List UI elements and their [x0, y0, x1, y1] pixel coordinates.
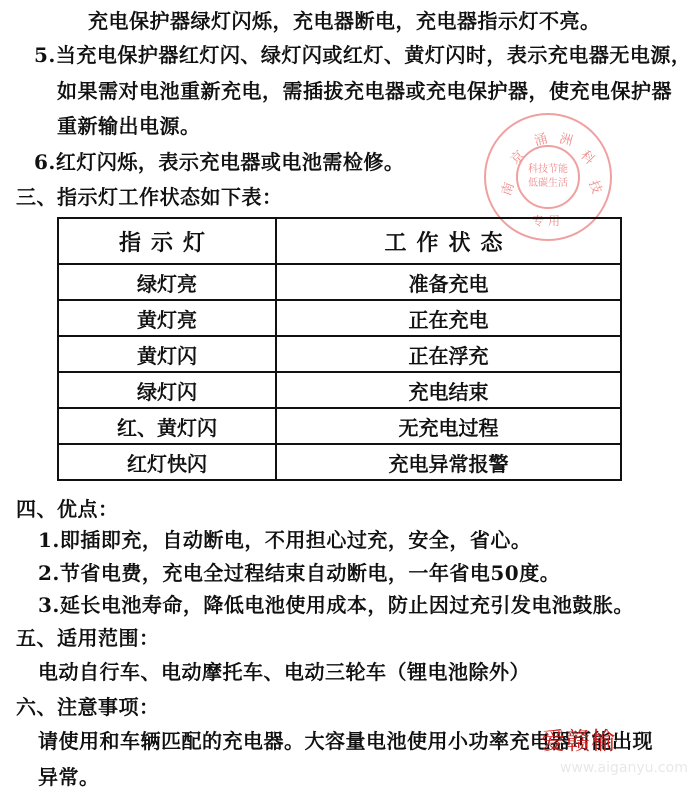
paragraph-line: 如果需对电池重新充电，需插拔充电器或充电保护器，使充电保护器 [57, 78, 672, 104]
advantage-item: 2.节省电费，充电全过程结束自动断电，一年省电50度。 [38, 560, 560, 586]
seal-char: 技 [585, 177, 607, 196]
paragraph-line: 充电保护器绿灯闪烁，充电器断电，充电器指示灯不亮。 [88, 8, 601, 34]
list-item-5: 5.当充电保护器红灯闪、绿灯闪或红灯、黄灯闪时，表示充电器无电源， [34, 42, 691, 68]
indicator-cell: 绿灯亮 [58, 264, 276, 300]
indicator-cell: 绿灯闪 [58, 372, 276, 408]
seal-inner-line: 科技节能 [528, 163, 568, 177]
seal-char: 洲 [558, 128, 575, 150]
table-row: 绿灯亮 准备充电 [58, 264, 621, 300]
notice-text: 异常。 [38, 764, 100, 790]
status-cell: 正在浮充 [276, 336, 621, 372]
table-row: 红灯快闪 充电异常报警 [58, 444, 621, 480]
section-heading-4: 四、优点： [16, 496, 119, 522]
advantage-item: 3.延长电池寿命，降低电池使用成本，防止因过充引发电池鼓胀。 [38, 592, 634, 618]
indicator-cell: 红、黄灯闪 [58, 408, 276, 444]
status-cell: 充电结束 [276, 372, 621, 408]
status-cell: 充电异常报警 [276, 444, 621, 480]
column-header-status: 工作状态 [276, 218, 621, 264]
table-row: 绿灯闪 充电结束 [58, 372, 621, 408]
advantage-item: 1.即插即充，自动断电，不用担心过充，安全，省心。 [38, 527, 531, 553]
status-cell: 准备充电 [276, 264, 621, 300]
table-row: 黄灯亮 正在充电 [58, 300, 621, 336]
section-heading-3: 三、指示灯工作状态如下表： [16, 184, 283, 210]
table-row: 红、黄灯闪 无充电过程 [58, 408, 621, 444]
indicator-cell: 黄灯闪 [58, 336, 276, 372]
section-heading-5: 五、适用范围： [16, 625, 160, 651]
section-heading-6: 六、注意事项： [16, 694, 160, 720]
seal-char: 南 [495, 179, 517, 198]
seal-inner-circle: 科技节能 低碳生活 [516, 145, 580, 209]
paragraph-line: 重新输出电源。 [57, 113, 201, 139]
status-cell: 正在充电 [276, 300, 621, 336]
indicator-cell: 黄灯亮 [58, 300, 276, 336]
scope-text: 电动自行车、电动摩托车、电动三轮车（锂电池除外） [38, 659, 530, 685]
seal-char: 科 [577, 145, 600, 168]
site-watermark: 爱赣榆 [541, 721, 616, 756]
status-cell: 无充电过程 [276, 408, 621, 444]
table-row: 黄灯闪 正在浮充 [58, 336, 621, 372]
column-header-indicator: 指示灯 [58, 218, 276, 264]
table-header-row: 指示灯 工作状态 [58, 218, 621, 264]
seal-inner-line: 低碳生活 [528, 177, 568, 191]
list-item-6: 6.红灯闪烁，表示充电器或电池需检修。 [34, 149, 404, 175]
indicator-cell: 红灯快闪 [58, 444, 276, 480]
indicator-status-table: 指示灯 工作状态 绿灯亮 准备充电 黄灯亮 正在充电 黄灯闪 正在浮充 绿灯闪 … [57, 217, 622, 481]
watermark-url: www.aiganyu.com [560, 760, 688, 776]
